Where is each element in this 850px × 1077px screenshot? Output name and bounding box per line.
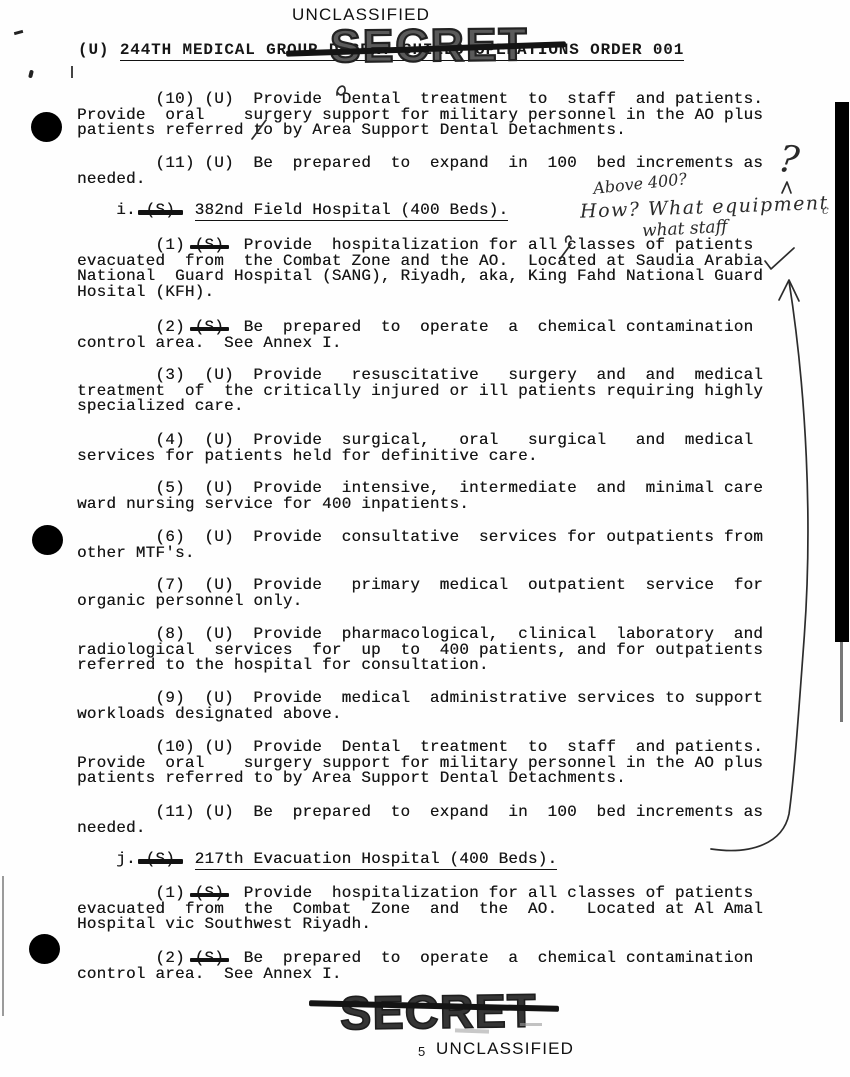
paragraph-j-1-classification: (S) (195, 886, 224, 902)
speck-dash (14, 30, 23, 35)
paragraph-i-4: (4) (U) Provide surgical, oral surgical … (77, 433, 753, 464)
heading-j-classification: (S) (146, 852, 175, 868)
paragraph-i-2: (2) (S) Be prepared to operate a chemica… (77, 320, 753, 351)
paragraph-i-11: (11) (U) Be prepared to expand in 100 be… (77, 805, 763, 836)
heading-section-i: i. (S) 382nd Field Hospital (400 Beds). (77, 203, 508, 219)
paragraph-j-2: (2) (S) Be prepared to operate a chemica… (77, 951, 753, 982)
paragraph-i-3: (3) (U) Provide resuscitative surgery an… (77, 368, 763, 415)
margin-arrow-head (779, 280, 799, 301)
secret-stamp-bottom: SECRET (340, 983, 537, 1041)
hole-punch-top (31, 112, 62, 142)
speck-tick (71, 66, 73, 78)
paragraph-i-9: (9) (U) Provide medical administrative s… (77, 691, 763, 722)
hole-punch-bottom (29, 934, 60, 964)
paragraph-i-2-classification: (S) (195, 320, 224, 336)
scan-edge-line-left (2, 876, 4, 1016)
paragraph-i-8: (8) (U) Provide pharmacological, clinica… (77, 627, 763, 674)
paragraph-i-6: (6) (U) Provide consultative services fo… (77, 530, 763, 561)
paragraph-i-7: (7) (U) Provide primary medical outpatie… (77, 578, 763, 609)
handwritten-small-c: c (822, 203, 829, 217)
hole-punch-middle (32, 525, 63, 555)
speck-stamp-smudge-2 (520, 1023, 542, 1026)
title-classification-marker: (U) (78, 41, 120, 59)
heading-i-classification: (S) (146, 203, 175, 219)
scan-edge-line-right (840, 642, 843, 722)
heading-j-label: j. (77, 850, 146, 868)
heading-i-label: i. (77, 201, 146, 219)
scanned-document-page: UNCLASSIFIED (U) 244TH MEDICAL GROUP DES… (0, 0, 850, 1077)
margin-checkmark (765, 248, 794, 269)
page-number: 5 (418, 1044, 425, 1059)
paragraph-i-10: (10) (U) Provide Dental treatment to sta… (77, 740, 763, 787)
heading-j-title: 217th Evacuation Hospital (400 Beds). (195, 850, 558, 870)
paragraph-i-5: (5) (U) Provide intensive, intermediate … (77, 481, 763, 512)
question-mark-caret (782, 182, 791, 193)
speck-apostrophe (28, 70, 34, 79)
scan-edge-strip-right (835, 102, 849, 642)
paragraph-i-1-classification: (S) (195, 238, 224, 254)
heading-i-title: 382nd Field Hospital (400 Beds). (195, 201, 509, 221)
bottom-classification-label: UNCLASSIFIED (436, 1039, 574, 1059)
paragraph-j-2-classification: (S) (195, 951, 224, 967)
paragraph-intro-10: (10) (U) Provide Dental treatment to sta… (77, 92, 763, 139)
paragraph-j-1: (1) (S) Provide hospitalization for all … (77, 886, 763, 933)
paragraph-i-1: (1) (S) Provide hospitalization for all … (77, 238, 763, 300)
handwritten-question-mark: ? (776, 137, 802, 182)
heading-section-j: j. (S) 217th Evacuation Hospital (400 Be… (77, 852, 557, 868)
